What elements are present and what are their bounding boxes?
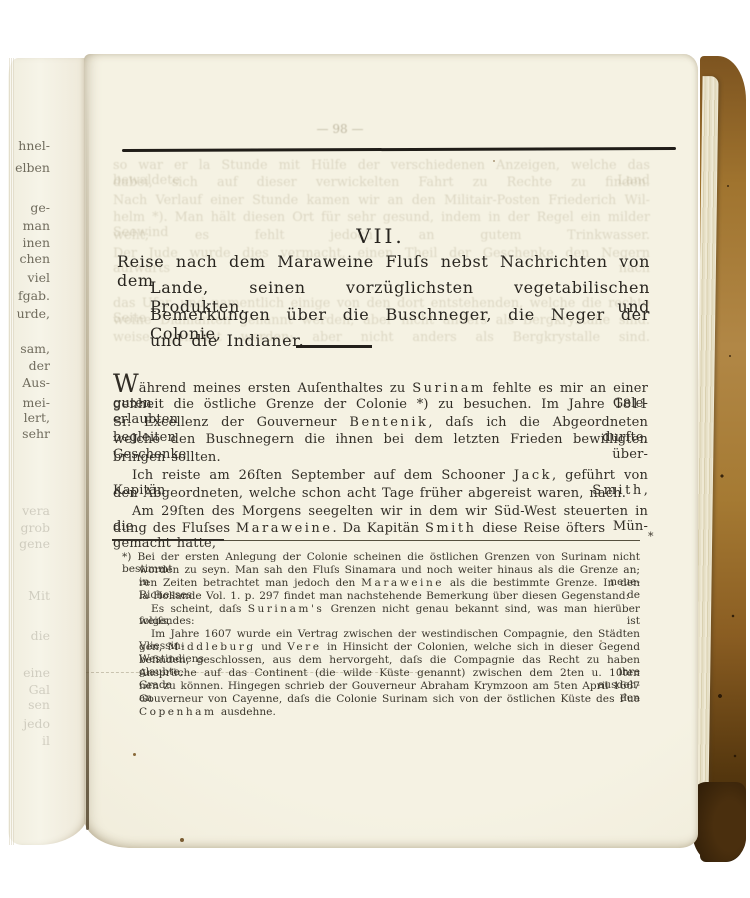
facing-page-word-fragment: ge- bbox=[4, 200, 50, 215]
text-line: dung des Fluſses Maraweine. Da Kapitän S… bbox=[113, 521, 648, 539]
text-line: Sr. Excellenz der Gouverneur Bentenik, d… bbox=[113, 415, 648, 433]
facing-page-word-fragment: hnel- bbox=[4, 138, 50, 153]
facing-page-word-fragment: die bbox=[4, 628, 50, 643]
facing-page-word-fragment: chen bbox=[4, 251, 50, 266]
title-rule bbox=[296, 345, 372, 348]
text-line: den Abgeordneten, welche schon acht Tage… bbox=[113, 486, 648, 504]
text-line: ren Zeiten betrachtet man jedoch den Mar… bbox=[122, 577, 640, 590]
paper-speck bbox=[180, 838, 184, 842]
text-line: Reise nach dem Maraweine Fluſs nebst Nac… bbox=[117, 252, 650, 278]
paper-speck bbox=[133, 753, 136, 756]
facing-page-word-fragment: gene bbox=[4, 536, 50, 551]
facing-page-word-fragment: elben bbox=[4, 160, 50, 175]
letterspaced-name: Surinam's bbox=[248, 603, 325, 615]
facing-page-word-fragment: sehr bbox=[4, 426, 50, 441]
book-photo: so war er la Stunde mit Hülfe der versch… bbox=[0, 0, 750, 898]
text-line: gen, Middleburg und Vere in Hinsicht der… bbox=[122, 641, 640, 654]
facing-page-word-fragment: sam, bbox=[4, 341, 50, 356]
letterspaced-name: Maraweine bbox=[236, 521, 333, 536]
facing-page-word-fragment: mei- bbox=[4, 395, 50, 410]
drop-initial: W bbox=[113, 369, 139, 398]
letterspaced-name: Copenham bbox=[139, 706, 217, 718]
text-line: *) Bei der ersten Anlegung der Colonie s… bbox=[122, 551, 640, 564]
text-line: nen zu können. Hingegen schrieb der Gouv… bbox=[122, 680, 640, 693]
facing-page-word-fragment: viel bbox=[4, 270, 50, 285]
letterspaced-name: Maraweine bbox=[361, 577, 444, 589]
letterspaced-name: Smith bbox=[425, 521, 477, 536]
facing-page-word-fragment: il bbox=[4, 733, 50, 748]
ghost-page-number: — 98 — bbox=[295, 122, 385, 136]
text-line: Gouverneur von Cayenne, daſs die Colonie… bbox=[122, 693, 640, 706]
letterspaced-name: Surinam bbox=[412, 381, 486, 396]
text-line: befinden, geschlossen, aus dem hervorgeh… bbox=[122, 654, 640, 667]
text-line: la Hollande Vol. 1. p. 297 findet man na… bbox=[122, 590, 640, 603]
facing-page-word-fragment: urde, bbox=[4, 306, 50, 321]
text-line: worden zu seyn. Man sah den Fluſs Sinama… bbox=[122, 564, 640, 577]
footnote-rule bbox=[112, 540, 640, 541]
ghost-text-line: Nach Verlauf einer Stunde kamen wir an d… bbox=[113, 193, 650, 208]
facing-page-word-fragment: sen bbox=[4, 697, 50, 712]
facing-page-word-fragment: Mit bbox=[4, 588, 50, 603]
facing-page-word-fragment: Aus- bbox=[4, 375, 50, 390]
chapter-number: VII. bbox=[113, 224, 648, 248]
facing-page-word-fragment: der bbox=[4, 358, 50, 373]
book-cover-bottom-corner bbox=[692, 782, 746, 862]
gutter-shadow bbox=[86, 90, 89, 830]
text-line: Am 29ſten des Morgens seegelten wir in d… bbox=[113, 504, 648, 522]
facing-page-word-fragment: inen bbox=[4, 235, 50, 250]
letterspaced-name: Jack bbox=[514, 468, 552, 483]
text-line: und die Indianer. bbox=[117, 331, 650, 357]
facing-page-word-fragment: eine bbox=[4, 665, 50, 680]
facing-page-word-fragment: lert, bbox=[4, 410, 50, 425]
chapter-title: Reise nach dem Maraweine Fluſs nebst Nac… bbox=[117, 252, 650, 358]
text-line: Copenham ausdehne. bbox=[122, 706, 640, 719]
facing-page-word-fragment: jedo bbox=[4, 716, 50, 731]
text-line: Es scheint, daſs Surinam's Grenzen nicht… bbox=[122, 603, 640, 616]
facing-page-word-fragment: Gal bbox=[4, 682, 50, 697]
text-line: welche den Buschnegern die ihnen bei dem… bbox=[113, 432, 648, 450]
text-line: Im Jahre 1607 wurde ein Vertrag zwischen… bbox=[122, 628, 640, 641]
body-text: Während meines ersten Auſenthaltes zu Su… bbox=[113, 379, 648, 539]
text-line: Ich reiste am 26ſten September auf dem S… bbox=[113, 468, 648, 486]
text-line: Ansprüche auf das Continent (die wilde K… bbox=[122, 667, 640, 680]
text-line: Lande, seinen vorzüglichsten vegetabilis… bbox=[117, 278, 650, 304]
facing-page-word-fragment: man bbox=[4, 218, 50, 233]
ghost-text-line: dabei, sich auf dieser verwickelten Fahr… bbox=[113, 175, 650, 190]
letterspaced-name: Bentenik bbox=[349, 415, 428, 430]
text-line: genheit die östliche Grenze der Colonie … bbox=[113, 397, 648, 415]
text-line: Bemerkungen über die Buschneger, die Neg… bbox=[117, 305, 650, 331]
facing-page-word-fragment: fgab. bbox=[4, 288, 50, 303]
footnote: *) Bei der ersten Anlegung der Colonie s… bbox=[122, 551, 640, 719]
facing-page-word-fragment: vera bbox=[4, 503, 50, 518]
letterspaced-name: Vere bbox=[287, 641, 321, 653]
facing-page-word-fragment: grob bbox=[4, 520, 50, 535]
signature-mark: * bbox=[648, 530, 654, 543]
paper-crease bbox=[86, 672, 438, 673]
letterspaced-name: Middleburg bbox=[168, 641, 256, 653]
text-line: Während meines ersten Auſenthaltes zu Su… bbox=[113, 379, 648, 397]
